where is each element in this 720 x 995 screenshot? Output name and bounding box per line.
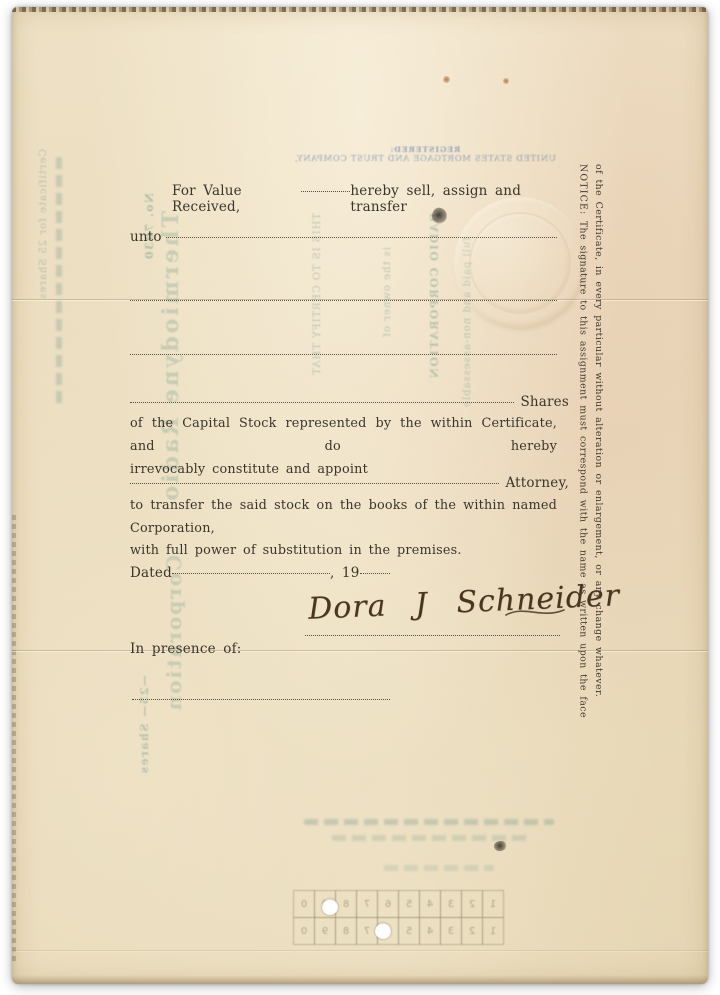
dated-label: Dated xyxy=(130,565,172,581)
value-received-line: For Value Received,hereby sell, assign a… xyxy=(172,183,558,215)
capital-stock-paragraph: of the Capital Stock represented by the … xyxy=(130,412,557,481)
punch-grid-cell: 0 xyxy=(293,917,315,945)
embossed-seal-inner-ring xyxy=(469,212,571,314)
certificate-paper: REGISTERED: UNITED STATES MORTGAGE AND T… xyxy=(12,7,708,984)
fill-in-dots xyxy=(360,573,390,574)
ink-mark xyxy=(493,839,508,852)
punch-hole-2 xyxy=(375,923,391,939)
notice-label: NOTICE: xyxy=(578,164,589,215)
shares-label: Shares xyxy=(520,394,569,410)
in-presence-label: In presence of: xyxy=(130,641,242,657)
fold-crease-bottom xyxy=(12,950,708,953)
fill-in-dots xyxy=(172,573,330,574)
punch-grid-cell: 3 xyxy=(440,917,462,945)
showthrough-bottom-streak-1 xyxy=(304,819,554,825)
notice-line-1: NOTICE: The signature to this assignment… xyxy=(575,164,591,729)
punch-grid-cell: 0 xyxy=(293,890,315,918)
fill-in-dots xyxy=(166,237,557,238)
dated-line: Dated, 19 xyxy=(130,565,392,581)
rust-spot-1 xyxy=(443,76,450,83)
punch-number-grid: 1234567890 1234567890 xyxy=(293,891,503,945)
signature-fill-line xyxy=(305,635,560,636)
shares-line: Shares xyxy=(130,394,569,410)
unto-line: unto xyxy=(130,229,557,245)
punch-grid-cell: 8 xyxy=(335,890,357,918)
capital-stock-line: of the Capital Stock represented by the … xyxy=(130,412,557,458)
showthrough-certificate-number: No. 7030 xyxy=(143,193,156,260)
in-presence-line: In presence of: xyxy=(130,641,242,657)
attorney-label: Attorney, xyxy=(505,475,569,491)
showthrough-shares-note: —25— Shares xyxy=(138,675,151,810)
showthrough-registered-stamp: REGISTERED: UNITED STATES MORTGAGE AND T… xyxy=(280,145,570,164)
rust-spot-2 xyxy=(503,78,509,84)
punch-grid-row-2: 1234567890 xyxy=(293,918,503,945)
witness-fill-line xyxy=(132,699,390,700)
punch-grid-cell: 4 xyxy=(419,917,441,945)
transfer-line: to transfer the said stock on the books … xyxy=(130,495,557,540)
punch-grid-cell: 8 xyxy=(335,917,357,945)
showthrough-trust-company: UNITED STATES MORTGAGE AND TRUST COMPANY… xyxy=(280,154,570,164)
transfer-paragraph: to transfer the said stock on the books … xyxy=(130,495,557,563)
blank-fill-line-2 xyxy=(130,354,557,355)
punch-grid-cell: 2 xyxy=(461,890,483,918)
blank-fill-line-1 xyxy=(130,300,557,301)
punch-grid-cell: 3 xyxy=(440,890,462,918)
showthrough-company-title-2: Corporation xyxy=(162,555,186,800)
signature-flourish xyxy=(504,603,566,621)
punch-grid-cell: 9 xyxy=(314,917,336,945)
showthrough-left-streak xyxy=(56,157,62,407)
dated-year-prefix: , 19 xyxy=(330,565,360,581)
attorney-line: Attorney, xyxy=(130,475,569,491)
punch-grid-cell: 1 xyxy=(482,890,504,918)
showthrough-left-edge-text: Certificate for 25 Shares xyxy=(38,149,49,429)
fill-in-dots xyxy=(301,191,351,192)
punch-grid-cell: 2 xyxy=(461,917,483,945)
punch-grid-cell: 5 xyxy=(398,917,420,945)
paper-bottom-shade xyxy=(12,975,708,984)
showthrough-registered-label: REGISTERED: xyxy=(280,145,570,154)
signature-notice: NOTICE: The signature to this assignment… xyxy=(575,164,606,729)
showthrough-bottom-streak-3 xyxy=(384,865,494,871)
deckle-left-edge xyxy=(12,515,16,964)
punch-grid-cell: 1 xyxy=(482,917,504,945)
unto-label: unto xyxy=(130,229,162,245)
substitution-line: with full power of substitution in the p… xyxy=(130,540,557,563)
value-received-prefix: For Value Received, xyxy=(172,183,301,215)
scanned-certificate-back: REGISTERED: UNITED STATES MORTGAGE AND T… xyxy=(0,0,720,995)
punch-hole-1 xyxy=(322,899,338,915)
punch-grid-cell: 4 xyxy=(419,890,441,918)
fill-in-dots xyxy=(130,483,499,484)
value-received-suffix: hereby sell, assign and transfer xyxy=(350,183,558,215)
deckle-top-edge xyxy=(12,7,708,12)
notice-line-2: of the Certificate, in every particular … xyxy=(591,164,607,729)
notice-text-1: The signature to this assignment must co… xyxy=(578,221,589,718)
punch-grid-cell: 5 xyxy=(398,890,420,918)
fill-in-dots xyxy=(130,402,514,403)
punch-grid-cell: 7 xyxy=(356,890,378,918)
embossed-seal xyxy=(454,197,586,329)
punch-grid-cell: 6 xyxy=(377,890,399,918)
handwritten-signature: Dora J Schneider xyxy=(307,578,620,627)
